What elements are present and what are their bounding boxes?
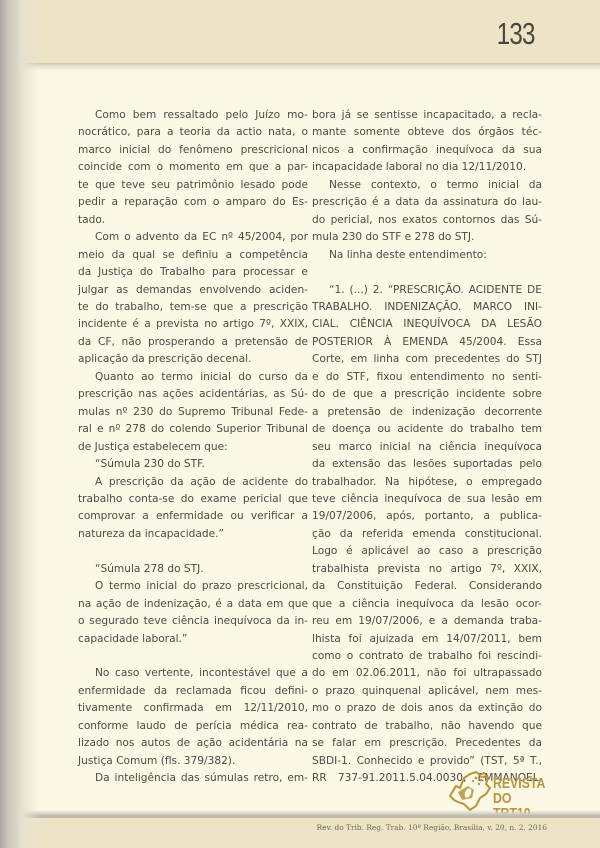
text-line: 19/07/2006, após, portanto, a publica- [312, 508, 542, 525]
text-line: da extensão das lesões suportadas pelo [312, 456, 542, 473]
logo-line-1: REVISTA [493, 776, 545, 791]
paragraph-termo-inicial: Quanto ao termo inicial do curso da pres… [78, 369, 308, 456]
text-line: a pretensão de indenização decorrente [312, 404, 542, 421]
text-line: o segurado teve ciência inequívoca da in… [78, 613, 308, 630]
text-line: No caso vertente, incontestável que a [78, 665, 308, 682]
text-line: O termo inicial do prazo prescricional, [78, 578, 308, 595]
book-spine-shadow [0, 0, 40, 848]
text-line: como o contrato de trabalho foi rescindi… [312, 648, 542, 665]
paragraph-nesse-contexto: Nesse contexto, o termo inicial da presc… [312, 177, 542, 247]
text-line: “Súmula 278 do STJ. [78, 561, 308, 578]
quote-tst-decision: “1. (...) 2. “PRESCRIÇÃO. ACIDENTE DE TR… [312, 282, 542, 788]
revista-trt10-logo: REVISTA DO TRT10 [446, 766, 556, 816]
text-line: pedir a reparação com o amparo do Es- [78, 194, 308, 211]
text-line: julgar as demandas envolvendo aciden- [78, 282, 308, 299]
text-line: do de que a prescrição incidente sobre [312, 386, 542, 403]
text-line: Como bem ressaltado pelo Juízo mo- [78, 107, 308, 124]
text-line: mula 230 do STF e 278 do STJ. [312, 229, 542, 246]
text-line: conforme laudo de perícia médica rea- [78, 718, 308, 735]
text-line: se falar em prescrição. Precedentes da [312, 735, 542, 752]
text-line: capacidade laboral.” [78, 631, 308, 648]
paragraph-gap [312, 264, 542, 281]
text-line: da CF, não prosperando a pretensão de [78, 334, 308, 351]
text-line: POSTERIOR À EMENDA 45/2004. Essa [312, 334, 542, 351]
page-footer: Rev. do Trib. Reg. Trab. 10ª Região, Bra… [0, 818, 600, 848]
text-line: prescrição nas ações acidentárias, as Sú… [78, 386, 308, 403]
text-line: Logo é aplicável ao caso a prescrição [312, 543, 542, 560]
text-line: da Justiça do Trabalho para processar e [78, 264, 308, 281]
text-line: “1. (...) 2. “PRESCRIÇÃO. ACIDENTE DE [312, 282, 542, 299]
page-number: 133 [497, 16, 535, 52]
text-line: incapacidade laboral no dia 12/11/2010. [312, 159, 542, 176]
text-line: marco inicial do fenômeno prescricional [78, 142, 308, 159]
text-line: ção da referida emenda constitucional. [312, 526, 542, 543]
text-line: Nesse contexto, o termo inicial da [312, 177, 542, 194]
page-header: 133 [0, 0, 600, 63]
text-line: aplicação da prescrição decenal. [78, 351, 308, 368]
paragraph-caso-vertente: No caso vertente, incontestável que a en… [78, 665, 308, 770]
text-line: contrato de trabalho, não havendo que [312, 718, 542, 735]
paragraph-inteligencia: Da inteligência das súmulas retro, em- [78, 770, 308, 787]
text-line: Da inteligência das súmulas retro, em- [78, 770, 308, 787]
text-line: teve ciência inequívoca de sua lesão em [312, 491, 542, 508]
right-text-column: bora já se sentisse incapacitado, a recl… [312, 107, 542, 788]
text-line: Corte, em linha com precedentes do STJ [312, 351, 542, 368]
text-line: Justiça Comum (fls. 379/382). [78, 753, 308, 770]
text-line: mo o prazo de dois anos da extinção do [312, 700, 542, 717]
text-line: Na linha deste entendimento: [312, 247, 542, 264]
text-line: TRABALHO. INDENIZAÇÃO. MARCO INI- [312, 299, 542, 316]
paragraph-actio-nata: Como bem ressaltado pelo Juízo mo- nocrá… [78, 107, 308, 229]
quote-sumula-230: “Súmula 230 do STF. A prescrição da ação… [78, 456, 308, 543]
text-line: meio da qual se definiu a competência [78, 247, 308, 264]
header-divider [0, 63, 600, 71]
footer-divider [0, 810, 600, 818]
quote-sumula-278: “Súmula 278 do STJ. O termo inicial do p… [78, 561, 308, 648]
paragraph-ec-45: Com o advento da EC nº 45/2004, por meio… [78, 229, 308, 369]
text-line: de Justiça estabelecem que: [78, 439, 308, 456]
text-line: que a ciência inequívoca da lesão ocor- [312, 596, 542, 613]
text-line: da Constituição Federal. Considerando [312, 578, 542, 595]
text-line: trabalhista prevista no artigo 7º, XXIX, [312, 561, 542, 578]
text-line: e do STF, fixou entendimento no senti- [312, 369, 542, 386]
text-line: do pericial, nos exatos contornos das Sú… [312, 212, 542, 229]
text-line: comprovar a enfermidade ou verificar a [78, 508, 308, 525]
text-line: ral e nº 278 do colendo Superior Tribuna… [78, 421, 308, 438]
text-line: tivamente confirmada em 12/11/2010, [78, 700, 308, 717]
text-line: lizado nos autos de ação acidentária na [78, 735, 308, 752]
text-line: trabalhador. Na hipótese, o empregado [312, 474, 542, 491]
text-line: natureza da incapacidade.” [78, 526, 308, 543]
text-line: A prescrição da ação de acidente do [78, 474, 308, 491]
journal-citation: Rev. do Trib. Reg. Trab. 10ª Região, Bra… [317, 823, 547, 832]
text-line: mante somente obteve dos órgãos téc- [312, 124, 542, 141]
text-line: Com o advento da EC nº 45/2004, por [78, 229, 308, 246]
text-line: te do trabalho, tem-se que a prescrição [78, 299, 308, 316]
map-logo-icon [446, 766, 496, 814]
text-line: incidente é a prevista no artigo 7º, XXI… [78, 316, 308, 333]
text-line: CIAL. CIÊNCIA INEQUÍVOCA DA LESÃO [312, 316, 542, 333]
text-line: coincide com o momento em que a par- [78, 159, 308, 176]
paragraph-gap [78, 543, 308, 560]
text-line: do em 02.06.2011, não foi ultrapassado [312, 665, 542, 682]
text-line: mulas nº 230 do Supremo Tribunal Fede- [78, 404, 308, 421]
text-line: nocrático, para a teoria da actio nata, … [78, 124, 308, 141]
left-text-column: Como bem ressaltado pelo Juízo mo- nocrá… [78, 107, 308, 788]
text-line: o prazo quinquenal aplicável, nem mes- [312, 683, 542, 700]
text-line: prescrição é a data da assinatura do lau… [312, 194, 542, 211]
text-line: Quanto ao termo inicial do curso da [78, 369, 308, 386]
text-line: tado. [78, 212, 308, 229]
text-line: bora já se sentisse incapacitado, a recl… [312, 107, 542, 124]
text-line: te que teve seu patrimônio lesado pode [78, 177, 308, 194]
text-line: reu em 19/07/2006, e a demanda traba- [312, 613, 542, 630]
text-line: de doença ou acidente do trabalho tem [312, 421, 542, 438]
paragraph-na-linha: Na linha deste entendimento: [312, 247, 542, 264]
text-line: seu marco inicial na ciência inequívoca [312, 439, 542, 456]
text-line: nicos a confirmação inequívoca da sua [312, 142, 542, 159]
text-line: “Súmula 230 do STF. [78, 456, 308, 473]
paragraph-gap [78, 648, 308, 665]
text-line: enfermidade da reclamada ficou defini- [78, 683, 308, 700]
text-line: lhista foi ajuizada em 14/07/2011, bem [312, 631, 542, 648]
paragraph-continuation: bora já se sentisse incapacitado, a recl… [312, 107, 542, 177]
text-line: na ação de indenização, é a data em que [78, 596, 308, 613]
text-line: trabalho conta-se do exame pericial que [78, 491, 308, 508]
